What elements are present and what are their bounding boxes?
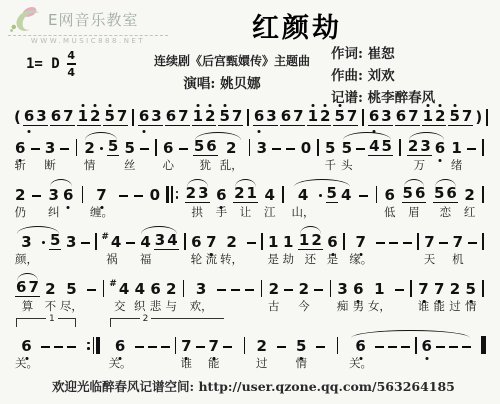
lyric: 情 xyxy=(84,159,96,173)
lyric: 心 xyxy=(162,159,174,173)
note-digit: 5 xyxy=(402,186,414,201)
brand-website: WWW.MUSIC888.NET xyxy=(8,37,168,45)
lyric: 尽， xyxy=(60,300,83,314)
note-with-lyric: 7谁 xyxy=(180,331,192,371)
note-token: 57 xyxy=(333,109,358,126)
note-cell xyxy=(40,331,51,371)
note-digit: 2 xyxy=(463,188,475,203)
duration-dash-icon xyxy=(375,346,384,348)
note-digit: 3 xyxy=(20,235,32,250)
volta-number: 1 xyxy=(46,314,58,324)
note-token: 2 xyxy=(449,282,461,297)
barline-icon xyxy=(376,186,378,203)
note-digit: 5 xyxy=(49,233,61,248)
note-cell xyxy=(484,103,490,126)
note-cell xyxy=(160,331,171,371)
note-digit: 6 xyxy=(114,339,126,354)
low-octave-dot-icon xyxy=(438,159,441,162)
barline-icon xyxy=(95,233,97,250)
note-digit: 4 xyxy=(134,282,146,297)
note-cell xyxy=(30,133,41,173)
score-header: E网音乐教室 WWW.MUSIC888.NET 1= D 4 4 红颜劫 连续剧… xyxy=(0,0,500,100)
duration-dash-icon xyxy=(284,289,293,291)
note-cell xyxy=(222,331,233,371)
note-cell xyxy=(153,133,159,173)
lyric: 恋 xyxy=(440,206,452,220)
lyricist-credit: 作词: 崔恕 xyxy=(331,43,435,65)
note-digit: 3 xyxy=(195,282,207,297)
lyric: 福 xyxy=(140,253,152,267)
volta-number: 2 xyxy=(140,314,152,324)
lyric: 欢， xyxy=(190,300,213,314)
note-with-lyric: 6低 xyxy=(384,180,396,220)
note-with-lyric: 5千 xyxy=(324,133,336,173)
note-with-lyric: 23万 xyxy=(407,133,432,173)
song-title: 红颜劫 xyxy=(252,6,342,45)
note-token: 23 xyxy=(185,186,210,203)
note-cell xyxy=(181,274,187,314)
note-with-lyric: 7天 xyxy=(423,227,435,267)
note-token: 0 xyxy=(149,188,161,203)
note-cell xyxy=(245,103,251,126)
note-digit: 5 xyxy=(295,339,307,354)
note-cell xyxy=(259,227,265,267)
note-cell: 6 xyxy=(62,180,74,220)
augmentation-dot-icon xyxy=(42,241,45,244)
high-octave-dot-icon xyxy=(108,104,111,107)
note-digit: 2 xyxy=(434,109,446,124)
note-digit: 3 xyxy=(35,109,47,124)
barline-icon xyxy=(343,233,345,250)
note-digit: 7 xyxy=(208,339,220,354)
brand-name: E网音乐教室 xyxy=(48,9,138,30)
lyric: 织 xyxy=(134,300,146,314)
lyric: 低 xyxy=(384,206,396,220)
note-digit: 5 xyxy=(324,141,336,156)
note-cell: 12 xyxy=(307,103,332,126)
note-with-lyric: 6轮 xyxy=(190,227,202,267)
note-cell xyxy=(402,227,413,267)
repeat-dots-icon xyxy=(87,337,90,354)
note-token: 2 xyxy=(298,282,310,297)
note-with-lyric: 21让 xyxy=(233,180,258,220)
note-with-lyric: 2仍 xyxy=(14,180,26,220)
note-with-lyric: 5丝 xyxy=(123,133,135,173)
note-cell: 67 xyxy=(165,103,190,126)
tonality: 1= D xyxy=(26,56,60,72)
note-digit: 4 xyxy=(118,282,130,297)
note-token: 57 xyxy=(218,109,243,126)
note-token: #4 xyxy=(101,232,122,250)
note-cell: 5 xyxy=(49,227,61,267)
note-cell xyxy=(31,180,42,220)
note-cell xyxy=(118,180,129,220)
note-token: 1 xyxy=(282,235,294,250)
note-cell xyxy=(394,274,405,314)
low-octave-dot-icon xyxy=(220,206,223,209)
duration-dash-icon xyxy=(388,346,397,348)
lyric: 祸 xyxy=(106,253,118,267)
note-cell xyxy=(178,133,189,173)
note-digit: 5 xyxy=(381,139,393,154)
barline-icon xyxy=(399,139,401,156)
note-digit: 7 xyxy=(417,282,429,297)
note-token: 2 xyxy=(14,188,26,203)
note-digit: 7 xyxy=(180,339,192,354)
note-digit: 2 xyxy=(14,188,26,203)
duration-dash-icon xyxy=(119,195,128,197)
slur-group: 3颜，5 xyxy=(14,227,62,267)
note-digit: 6 xyxy=(23,109,35,124)
note-token: 12 xyxy=(77,109,102,126)
note-token: 5 xyxy=(65,282,77,297)
note-digit: 1 xyxy=(192,109,204,124)
lyric: 古 xyxy=(268,300,280,314)
lyric: 算 xyxy=(22,300,34,314)
note-digit: 5 xyxy=(333,109,345,124)
note-token: 6 xyxy=(384,188,396,203)
note-with-lyric: 5情 xyxy=(464,274,476,314)
note-cell: 3 xyxy=(256,133,268,173)
note-digit: 3 xyxy=(150,109,162,124)
note-cell xyxy=(388,227,399,267)
note-cell xyxy=(328,274,334,314)
final-barline-icon xyxy=(481,336,486,354)
duration-dash-icon xyxy=(356,148,365,150)
note-with-lyric: #4祸 xyxy=(101,227,122,267)
note-token: 2 xyxy=(268,282,280,297)
note-cell xyxy=(80,227,91,267)
barline-icon xyxy=(486,109,488,126)
note-digit: 6 xyxy=(205,139,217,154)
note-token: 57 xyxy=(448,109,473,126)
slur-group: 67算 xyxy=(14,274,41,314)
note-digit: 2 xyxy=(407,139,419,154)
high-octave-dot-icon xyxy=(338,104,341,107)
note-digit: 3 xyxy=(419,139,431,154)
note-cell xyxy=(247,133,253,173)
note-cell xyxy=(480,180,486,220)
note-digit: 1 xyxy=(422,109,434,124)
barline-icon xyxy=(261,280,263,297)
high-octave-dot-icon xyxy=(439,104,442,107)
note-with-lyric: 56眉 xyxy=(402,180,427,220)
note-digit: 6 xyxy=(352,282,364,297)
note-token: #4 xyxy=(109,279,130,297)
note-token: 6 xyxy=(114,339,126,354)
duration-dash-icon xyxy=(87,289,96,291)
barline-icon xyxy=(249,139,251,156)
note-digit: 3 xyxy=(65,235,77,250)
barline-icon xyxy=(184,233,186,250)
note-digit: 6 xyxy=(354,339,366,354)
note-cell: 63 xyxy=(253,103,278,126)
slur-group: 6关。6 xyxy=(348,331,473,371)
note-digit: 3 xyxy=(265,109,277,124)
note-token: 34 xyxy=(154,233,179,250)
note-cell xyxy=(280,180,286,220)
augmentation-dot-icon xyxy=(319,194,322,197)
high-octave-dot-icon xyxy=(426,104,429,107)
note-digit: 7 xyxy=(231,109,243,124)
duration-dash-icon xyxy=(449,346,458,348)
lyric: 让 xyxy=(240,206,252,220)
note-token: 5 xyxy=(326,186,338,203)
note-token: 3 xyxy=(336,282,348,297)
note-digit: 2 xyxy=(298,282,310,297)
lyric: 痴 xyxy=(337,300,349,314)
duration-dash-icon xyxy=(245,289,254,291)
lyric: 不 xyxy=(45,300,57,314)
note-digit: 6 xyxy=(138,109,150,124)
parenthesis: ) xyxy=(475,109,482,126)
note-cell xyxy=(397,133,403,173)
note-digit: 4 xyxy=(110,235,122,250)
note-token: 67 xyxy=(395,109,420,126)
note-with-lyric: 6斩 xyxy=(14,133,26,173)
note-digit: 2 xyxy=(44,282,56,297)
low-octave-dot-icon xyxy=(100,206,103,209)
note-digit: 4 xyxy=(368,139,380,154)
note-token: 63 xyxy=(368,109,393,126)
note-digit: 1 xyxy=(373,282,385,297)
note-cell xyxy=(246,227,257,267)
duration-dash-icon xyxy=(41,346,50,348)
note-cell: 57 xyxy=(448,103,473,126)
barline-icon xyxy=(415,337,417,354)
note-cell xyxy=(133,180,144,220)
high-octave-dot-icon xyxy=(209,104,212,107)
note-digit: 2 xyxy=(225,235,237,250)
note-digit: 5 xyxy=(464,282,476,297)
note-digit: 6 xyxy=(434,141,446,156)
score-line: 67算2不5尽，#4交4织6悲2与3欢，2古2今3痴6男1女，7谁7能2过5情 xyxy=(13,274,487,314)
lyric: 红 xyxy=(464,206,476,220)
note-token: 6 xyxy=(62,188,74,203)
duration-dash-icon xyxy=(148,346,157,348)
duration-dash-icon xyxy=(67,346,76,348)
note-digit: 7 xyxy=(433,282,445,297)
note-with-lyric: 4福 xyxy=(139,227,151,267)
note-cell: 63 xyxy=(23,103,48,126)
note-token: 4 xyxy=(297,188,309,203)
note-digit: 4 xyxy=(297,188,309,203)
lyric: 悲 xyxy=(150,300,162,314)
note-cell: 0 xyxy=(300,133,312,173)
note-cell xyxy=(86,274,97,314)
note-token: 2 xyxy=(44,282,56,297)
note-cell xyxy=(130,103,136,126)
note-with-lyric: 6是 xyxy=(326,227,338,267)
note-token: 67 xyxy=(50,109,75,126)
note-cell: ) xyxy=(475,103,482,126)
low-octave-dot-icon xyxy=(422,300,425,303)
note-token: 45 xyxy=(368,139,393,156)
note-digit: 6 xyxy=(421,339,433,354)
note-cell xyxy=(467,227,478,267)
note-token: 7 xyxy=(208,339,220,354)
score-line: 2仍3纠67缠。023拱6手21让4江4山，546低56眉56恋2红 xyxy=(13,180,487,220)
note-with-lyric: 5头 xyxy=(341,133,353,173)
note-token: 4 xyxy=(134,282,146,297)
note-digit: 6 xyxy=(14,141,26,156)
note-with-lyric: 2今 xyxy=(298,274,310,314)
slur-group: 2情5 xyxy=(82,133,120,173)
sharp-icon: # xyxy=(101,232,109,242)
note-digit: 2 xyxy=(256,339,268,354)
note-digit: 6 xyxy=(50,109,62,124)
low-octave-dot-icon xyxy=(425,357,428,360)
note-cell xyxy=(173,331,179,371)
note-with-lyric: 1劫 xyxy=(282,227,294,267)
duration-dash-icon xyxy=(231,289,240,291)
note-cell xyxy=(374,180,380,220)
note-with-lyric: 7缠。 xyxy=(90,180,113,220)
low-octave-dot-icon xyxy=(19,159,22,162)
sharp-icon: # xyxy=(109,279,117,289)
duration-dash-icon xyxy=(286,148,295,150)
duration-dash-icon xyxy=(247,242,256,244)
note-cell: 57 xyxy=(103,103,128,126)
note-token: 2 xyxy=(225,141,237,156)
note-with-lyric: 67算 xyxy=(15,274,40,314)
note-with-lyric: 2与 xyxy=(165,274,177,314)
note-token: 3 xyxy=(48,188,60,203)
barline-icon xyxy=(76,139,78,156)
note-cell xyxy=(415,227,421,267)
low-octave-dot-icon xyxy=(469,300,472,303)
note-cell xyxy=(195,331,206,371)
note-token: 12 xyxy=(307,109,332,126)
brand-flower-icon xyxy=(8,4,46,34)
note-token: 67 xyxy=(165,109,190,126)
note-digit: 7 xyxy=(407,109,419,124)
note-cell: 57 xyxy=(218,103,243,126)
note-token: 2 xyxy=(463,188,475,203)
duration-dash-icon xyxy=(81,242,90,244)
note-digit: 7 xyxy=(461,109,473,124)
note-with-lyric: 2古 xyxy=(268,274,280,314)
note-digit: 2 xyxy=(319,109,331,124)
note-token: 23 xyxy=(407,139,432,156)
lyric: 今 xyxy=(298,300,310,314)
note-with-lyric: 2转， xyxy=(220,227,243,267)
note-cell: 6 xyxy=(434,133,446,173)
note-cell xyxy=(271,133,282,173)
note-token: 1 xyxy=(450,141,462,156)
note-with-lyric: 5尽， xyxy=(60,274,83,314)
note-with-lyric: 7能 xyxy=(433,274,445,314)
repeat-begin-icon xyxy=(166,186,180,203)
note-digit: 6 xyxy=(326,235,338,250)
note-digit: 7 xyxy=(292,109,304,124)
note-digit: 4 xyxy=(139,235,151,250)
slur-group: 4山，54 xyxy=(291,180,354,220)
note-cell xyxy=(259,274,265,314)
duration-dash-icon xyxy=(376,242,385,244)
note-token: 2 xyxy=(165,282,177,297)
note-token: 7 xyxy=(433,282,445,297)
score-line: 16关。26关。7谁7能2过5情6关。6 xyxy=(13,331,487,371)
barline-icon xyxy=(132,109,134,126)
high-octave-dot-icon xyxy=(94,104,97,107)
slur-group: 21让 xyxy=(232,180,259,220)
lyric: 机 xyxy=(452,253,464,267)
note-with-lyric: 6手 xyxy=(215,180,227,220)
parenthesis: ( xyxy=(14,109,21,126)
note-with-lyric: 1女， xyxy=(368,274,391,314)
duration-dash-icon xyxy=(467,148,476,150)
note-token: 3 xyxy=(256,141,268,156)
note-digit: 5 xyxy=(218,109,230,124)
duration-dash-icon xyxy=(196,346,205,348)
note-token: 56 xyxy=(433,186,458,203)
note-token: 67 xyxy=(280,109,305,126)
note-token: 63 xyxy=(253,109,278,126)
barline-icon xyxy=(244,337,246,354)
note-cell: 63 xyxy=(138,103,163,126)
score-line: 3颜，53#4祸4福346轮7流2转，1是1劫12还6是7缘。7天7机 xyxy=(13,227,487,267)
low-octave-dot-icon xyxy=(300,357,303,360)
duration-dash-icon xyxy=(359,195,368,197)
duration-dash-icon xyxy=(60,148,69,150)
note-token: 6 xyxy=(14,141,26,156)
duration-dash-icon xyxy=(314,289,323,291)
credits-block: 作词: 崔恕 作曲: 刘欢 记谱: 桃李醉春风 xyxy=(331,43,435,109)
lyric: 断 xyxy=(44,159,56,173)
note-cell: 12 xyxy=(192,103,217,126)
duration-dash-icon xyxy=(395,289,404,291)
barline-icon xyxy=(362,109,364,126)
note-token: 56 xyxy=(402,186,427,203)
note-digit: 2 xyxy=(225,141,237,156)
note-with-lyric: 4江 xyxy=(264,180,276,220)
note-token: 12 xyxy=(192,109,217,126)
note-token: 5 xyxy=(464,282,476,297)
note-token: 3 xyxy=(195,282,207,297)
note-digit: 6 xyxy=(15,280,27,295)
low-octave-dot-icon xyxy=(28,130,31,133)
lyric: 交 xyxy=(114,300,126,314)
note-with-lyric: 6悲 xyxy=(149,274,161,314)
barline-icon xyxy=(482,233,484,250)
note-digit: 1 xyxy=(246,186,258,201)
high-octave-dot-icon xyxy=(223,104,226,107)
note-digit: 2 xyxy=(185,186,197,201)
slur-group: 4福34 xyxy=(138,227,179,267)
note-digit: 3 xyxy=(154,233,166,248)
note-digit: 1 xyxy=(282,235,294,250)
note-with-lyric: 6心 xyxy=(162,133,174,173)
note-token: 5 xyxy=(295,339,307,354)
note-digit: 2 xyxy=(268,282,280,297)
barline-icon xyxy=(155,139,157,156)
barline-icon xyxy=(317,139,319,156)
note-digit: 6 xyxy=(253,109,265,124)
note-cell xyxy=(166,180,180,220)
note-cell: 12 xyxy=(77,103,102,126)
note-digit: 5 xyxy=(341,141,353,156)
note-digit: 4 xyxy=(340,188,352,203)
note-cell xyxy=(313,274,324,314)
note-digit: 6 xyxy=(165,109,177,124)
note-cell xyxy=(74,133,80,173)
barline-icon xyxy=(482,186,484,203)
note-cell: 45 xyxy=(368,133,393,173)
note-cell xyxy=(125,227,136,267)
lyric: 天 xyxy=(424,253,436,267)
barline-icon xyxy=(261,233,263,250)
